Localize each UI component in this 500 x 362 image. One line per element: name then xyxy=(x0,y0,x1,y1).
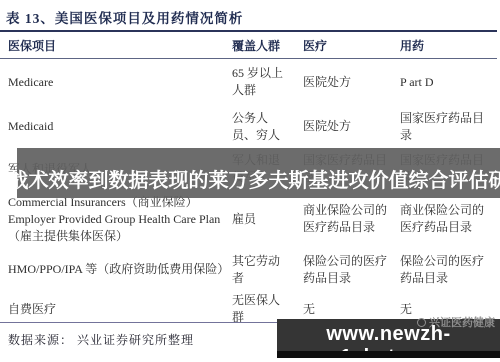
cell-program: Commercial Insurancers（商业保险）Employer Pro… xyxy=(0,193,232,246)
cell-program: Medicare xyxy=(0,73,232,92)
col-header-medical: 医疗 xyxy=(303,37,400,54)
table-header-row: 医保项目 覆盖人群 医疗 用药 xyxy=(0,32,500,58)
cell-medical: 无 xyxy=(303,300,400,319)
cell-medical: 商业保险公司的医疗药品目录 xyxy=(303,201,400,237)
cell-drug: 国家医疗药品目录 xyxy=(400,109,500,145)
cell-program: 自费医疗 xyxy=(0,300,232,319)
table-row: Commercial Insurancers（商业保险）Employer Pro… xyxy=(0,190,500,248)
cell-population: 其它劳动者 xyxy=(232,252,303,288)
cell-drug: 商业保险公司的医疗药品目录 xyxy=(400,201,500,237)
table-title: 表 13、美国医保项目及用药情况简析 xyxy=(6,7,243,27)
overlay-banner-text: 从战术效率到数据表现的莱万多夫斯基进攻价值综合评估研究 xyxy=(0,164,500,193)
table-row: Medicaid 公务人员、穷人 医院处方 国家医疗药品目录 xyxy=(0,105,500,148)
overlay-banner: 从战术效率到数据表现的莱万多夫斯基进攻价值综合评估研究 xyxy=(17,148,500,198)
cell-population: 公务人员、穷人 xyxy=(232,109,303,145)
watermark-box: 兴证医药健康 www.newzh--1xbet.com xyxy=(277,319,500,358)
cell-medical: 医院处方 xyxy=(303,117,400,136)
watermark-bottom-strip xyxy=(277,351,500,358)
cell-medical: 保险公司的医疗药品目录 xyxy=(303,252,400,288)
cell-drug: 保险公司的医疗药品目录 xyxy=(400,252,500,288)
report-page: 表 13、美国医保项目及用药情况简析 医保项目 覆盖人群 医疗 用药 Medic… xyxy=(0,0,500,362)
data-source: 数据来源： 兴业证券研究所整理 xyxy=(8,331,194,348)
col-header-population: 覆盖人群 xyxy=(232,37,303,54)
col-header-program: 医保项目 xyxy=(0,37,232,54)
table-row: Medicare 65 岁以上人群 医院处方 P art D xyxy=(0,59,500,105)
cell-program: HMO/PPO/IPA 等（政府资助低费用保险） xyxy=(0,260,232,279)
cell-population: 65 岁以上人群 xyxy=(232,64,303,100)
col-header-drug: 用药 xyxy=(400,37,500,54)
table-row: HMO/PPO/IPA 等（政府资助低费用保险） 其它劳动者 保险公司的医疗药品… xyxy=(0,248,500,291)
cell-population: 雇员 xyxy=(232,210,303,229)
cell-program: Medicaid xyxy=(0,117,232,136)
cell-medical: 医院处方 xyxy=(303,73,400,92)
cell-drug: P art D xyxy=(400,73,500,92)
